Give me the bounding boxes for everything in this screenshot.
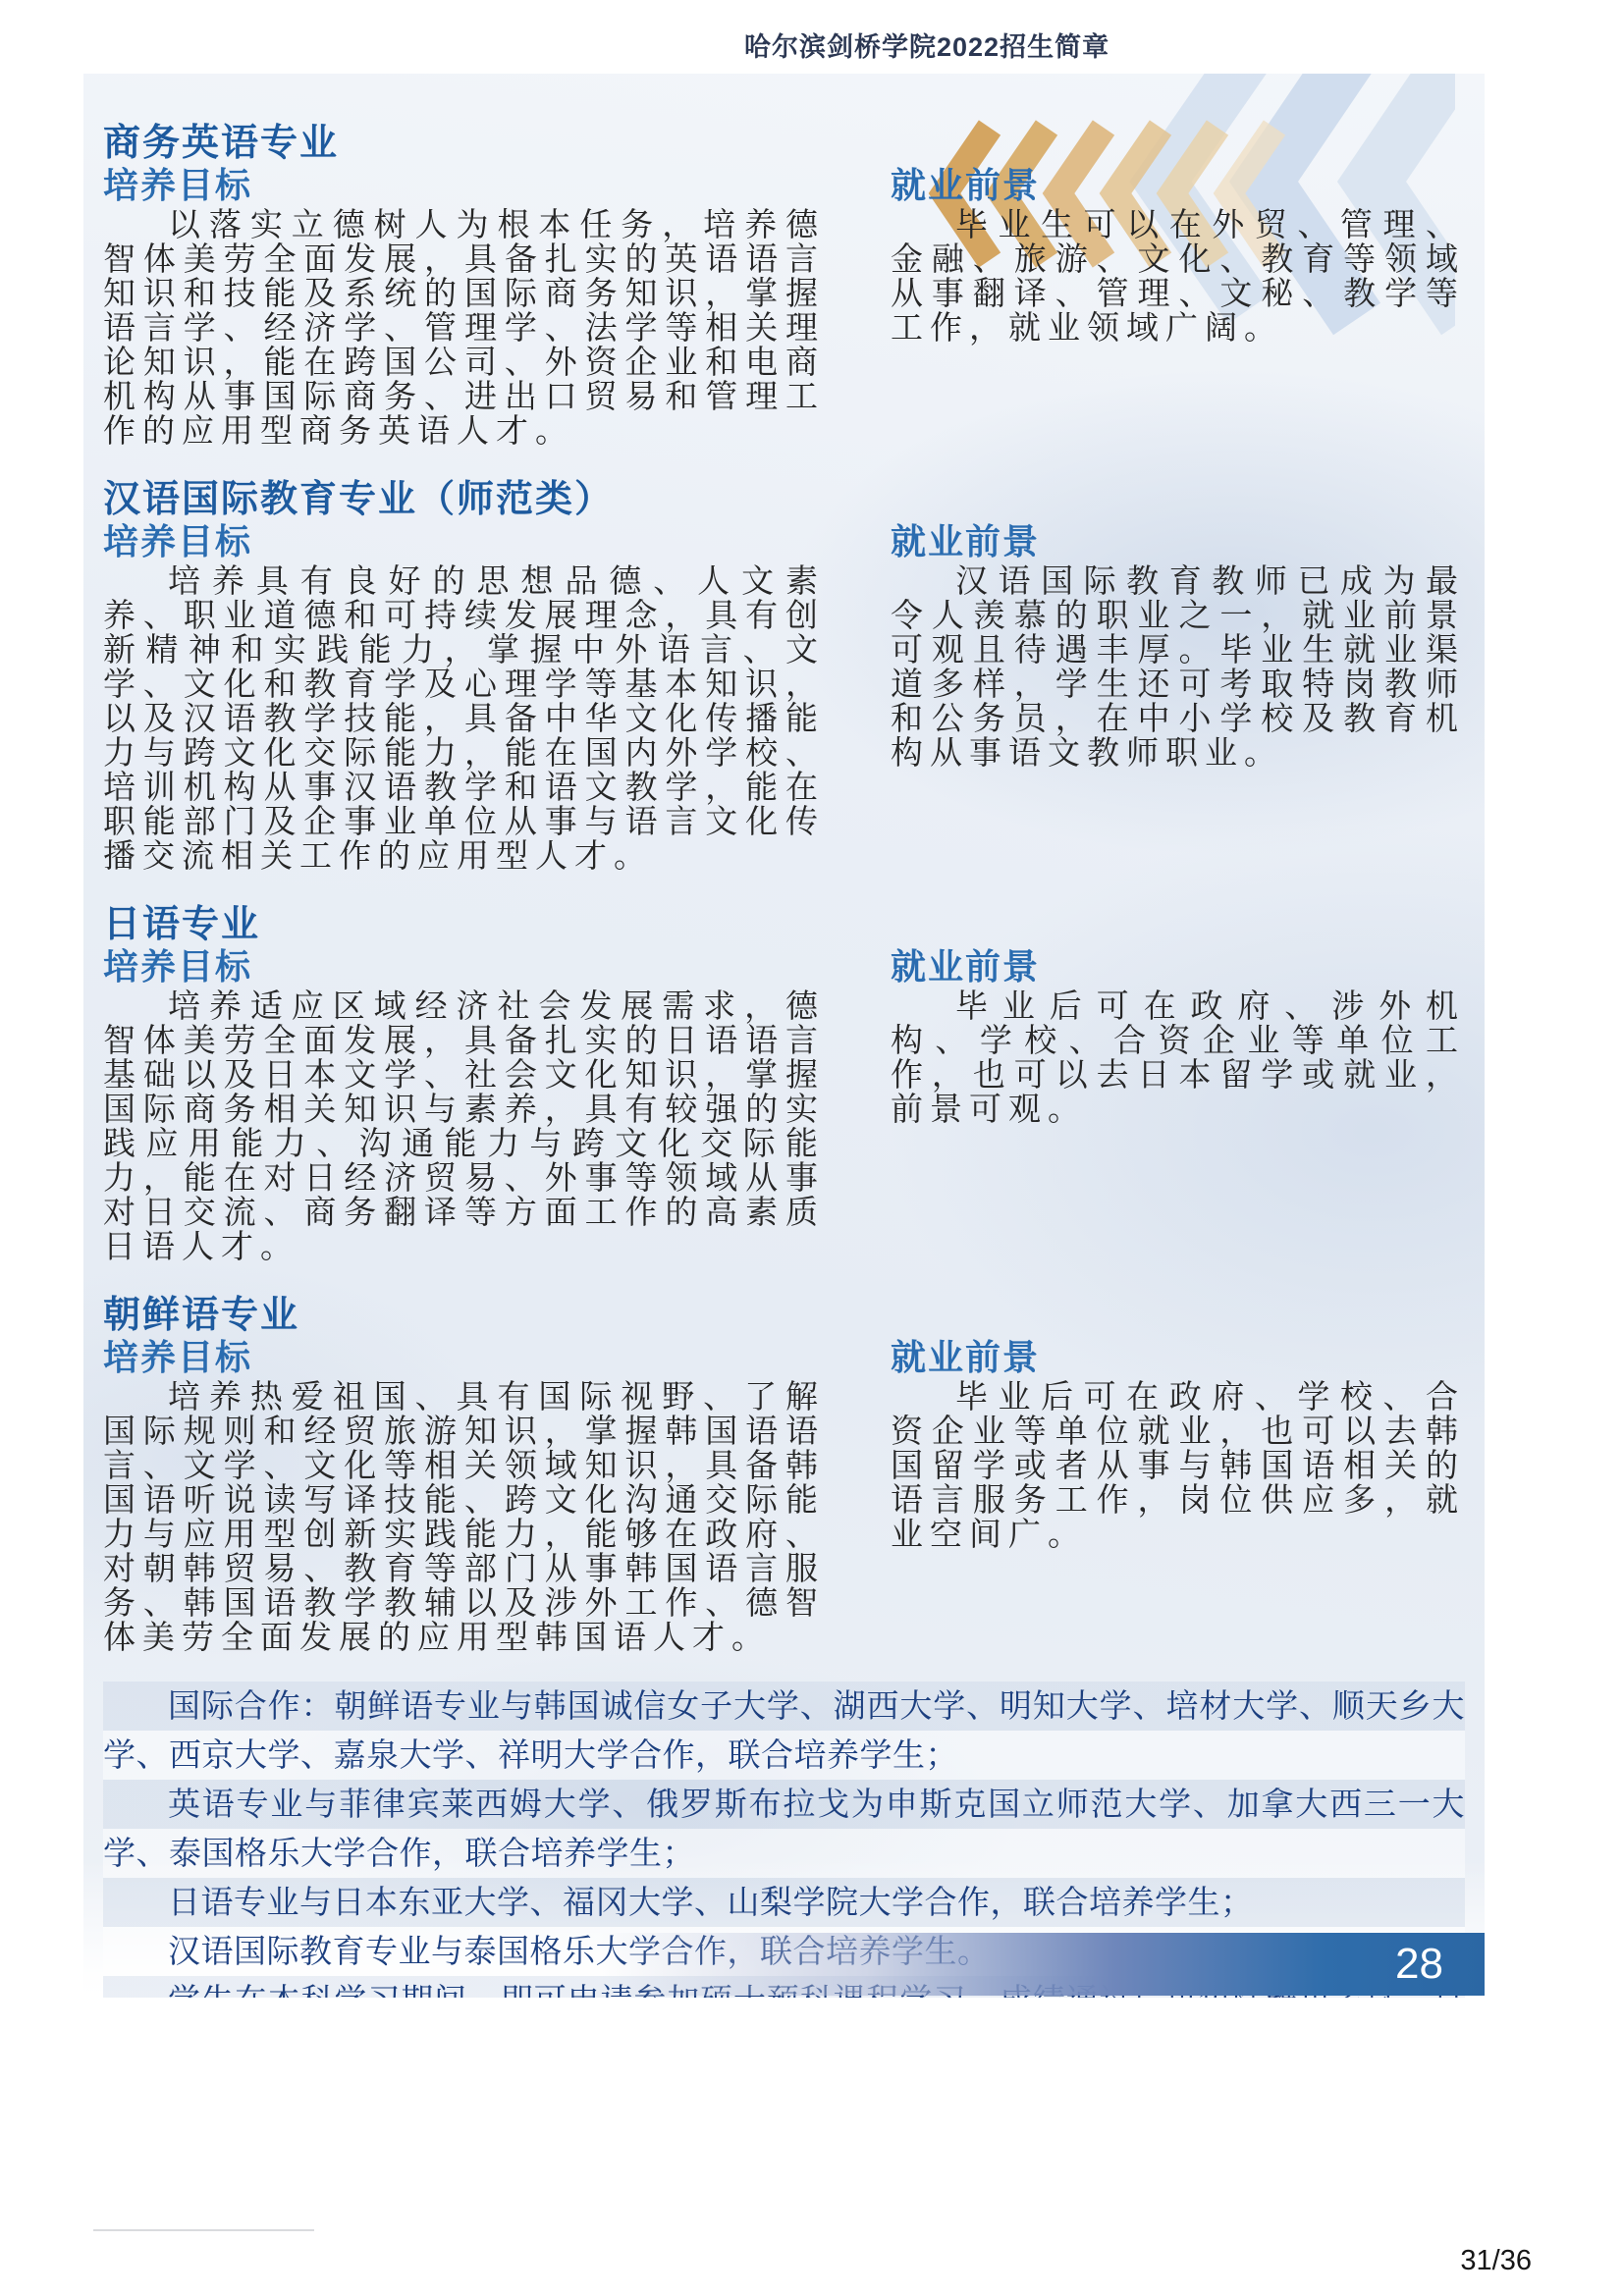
objective-column: 日语专业 培养目标 培养适应区域经济社会发展需求，德智体美劳全面发展，具备扎实的… [103, 906, 825, 1263]
content-card: 商务英语专业 培养目标 以落实立德树人为根本任务，培养德智体美劳全面发展，具备扎… [83, 74, 1485, 1998]
major-title: 日语专业 [103, 906, 825, 943]
prospect-body: 毕业后可在政府、学校、合资企业等单位就业，也可以去韩国留学或者从事与韩国语相关的… [891, 1379, 1465, 1551]
prospect-body: 毕业后可在政府、涉外机构、学校、合资企业等单位工作，也可以去日本留学或就业，前景… [891, 988, 1465, 1126]
major-title: 朝鲜语专业 [103, 1297, 825, 1334]
page-counter: 31/36 [1460, 2245, 1532, 2277]
prospect-heading: 就业前景 [891, 949, 1465, 984]
prospect-heading: 就业前景 [891, 168, 1465, 202]
objective-body: 培养热爱祖国、具有国际视野、了解国际规则和经贸旅游知识，掌握韩国语语言、文学、文… [103, 1379, 825, 1654]
section-business-english: 商务英语专业 培养目标 以落实立德树人为根本任务，培养德智体美劳全面发展，具备扎… [103, 125, 1465, 448]
objective-heading: 培养目标 [103, 524, 825, 559]
page-number: 28 [1395, 1940, 1485, 1989]
section-chinese-international-education: 汉语国际教育专业（师范类） 培养目标 培养具有良好的思想品德、人文素养、职业道德… [103, 481, 1465, 873]
prospect-column: 就业前景 汉语国际教育教师已成为最令人羡慕的职业之一，就业前景可观且待遇丰厚。毕… [891, 524, 1465, 873]
major-title: 汉语国际教育专业（师范类） [103, 481, 825, 518]
footer-divider [93, 2229, 314, 2231]
objective-heading: 培养目标 [103, 949, 825, 984]
prospect-column: 就业前景 毕业后可在政府、学校、合资企业等单位就业，也可以去韩国留学或者从事与韩… [891, 1340, 1465, 1654]
page-number-bar: 28 [601, 1933, 1485, 1996]
brochure-page: 哈尔滨剑桥学院2022招生简章 商务英语专业 培养目标 以落实立德树人为根本任务… [0, 0, 1623, 2296]
prospect-heading: 就业前景 [891, 1340, 1465, 1374]
section-japanese: 日语专业 培养目标 培养适应区域经济社会发展需求，德智体美劳全面发展，具备扎实的… [103, 906, 1465, 1263]
prospect-column: 就业前景 毕业生可以在外贸、管理、金融、旅游、文化、教育等领域从事翻译、管理、文… [891, 168, 1465, 448]
cooperation-paragraph: 国际合作：朝鲜语专业与韩国诚信女子大学、湖西大学、明知大学、培材大学、顺天乡大学… [103, 1682, 1465, 1780]
prospect-heading: 就业前景 [891, 524, 1465, 559]
objective-body: 培养适应区域经济社会发展需求，德智体美劳全面发展，具备扎实的日语语言基础以及日本… [103, 988, 825, 1263]
prospect-body: 毕业生可以在外贸、管理、金融、旅游、文化、教育等领域从事翻译、管理、文秘、教学等… [891, 207, 1465, 345]
prospect-body: 汉语国际教育教师已成为最令人羡慕的职业之一，就业前景可观且待遇丰厚。毕业生就业渠… [891, 563, 1465, 770]
objective-column: 商务英语专业 培养目标 以落实立德树人为根本任务，培养德智体美劳全面发展，具备扎… [103, 125, 825, 448]
objective-column: 汉语国际教育专业（师范类） 培养目标 培养具有良好的思想品德、人文素养、职业道德… [103, 481, 825, 873]
page-header-title: 哈尔滨剑桥学院2022招生简章 [744, 26, 1109, 64]
objective-body: 培养具有良好的思想品德、人文素养、职业道德和可持续发展理念，具有创新精神和实践能… [103, 563, 825, 873]
section-korean: 朝鲜语专业 培养目标 培养热爱祖国、具有国际视野、了解国际规则和经贸旅游知识，掌… [103, 1297, 1465, 1654]
cooperation-paragraph: 日语专业与日本东亚大学、福冈大学、山梨学院大学合作，联合培养学生； [103, 1878, 1465, 1927]
objective-heading: 培养目标 [103, 168, 825, 202]
cooperation-paragraph: 英语专业与菲律宾莱西姆大学、俄罗斯布拉戈为申斯克国立师范大学、加拿大西三一大学、… [103, 1780, 1465, 1878]
prospect-column: 就业前景 毕业后可在政府、涉外机构、学校、合资企业等单位工作，也可以去日本留学或… [891, 949, 1465, 1263]
objective-body: 以落实立德树人为根本任务，培养德智体美劳全面发展，具备扎实的英语语言知识和技能及… [103, 207, 825, 448]
objective-column: 朝鲜语专业 培养目标 培养热爱祖国、具有国际视野、了解国际规则和经贸旅游知识，掌… [103, 1297, 825, 1654]
objective-heading: 培养目标 [103, 1340, 825, 1374]
major-title: 商务英语专业 [103, 125, 825, 162]
